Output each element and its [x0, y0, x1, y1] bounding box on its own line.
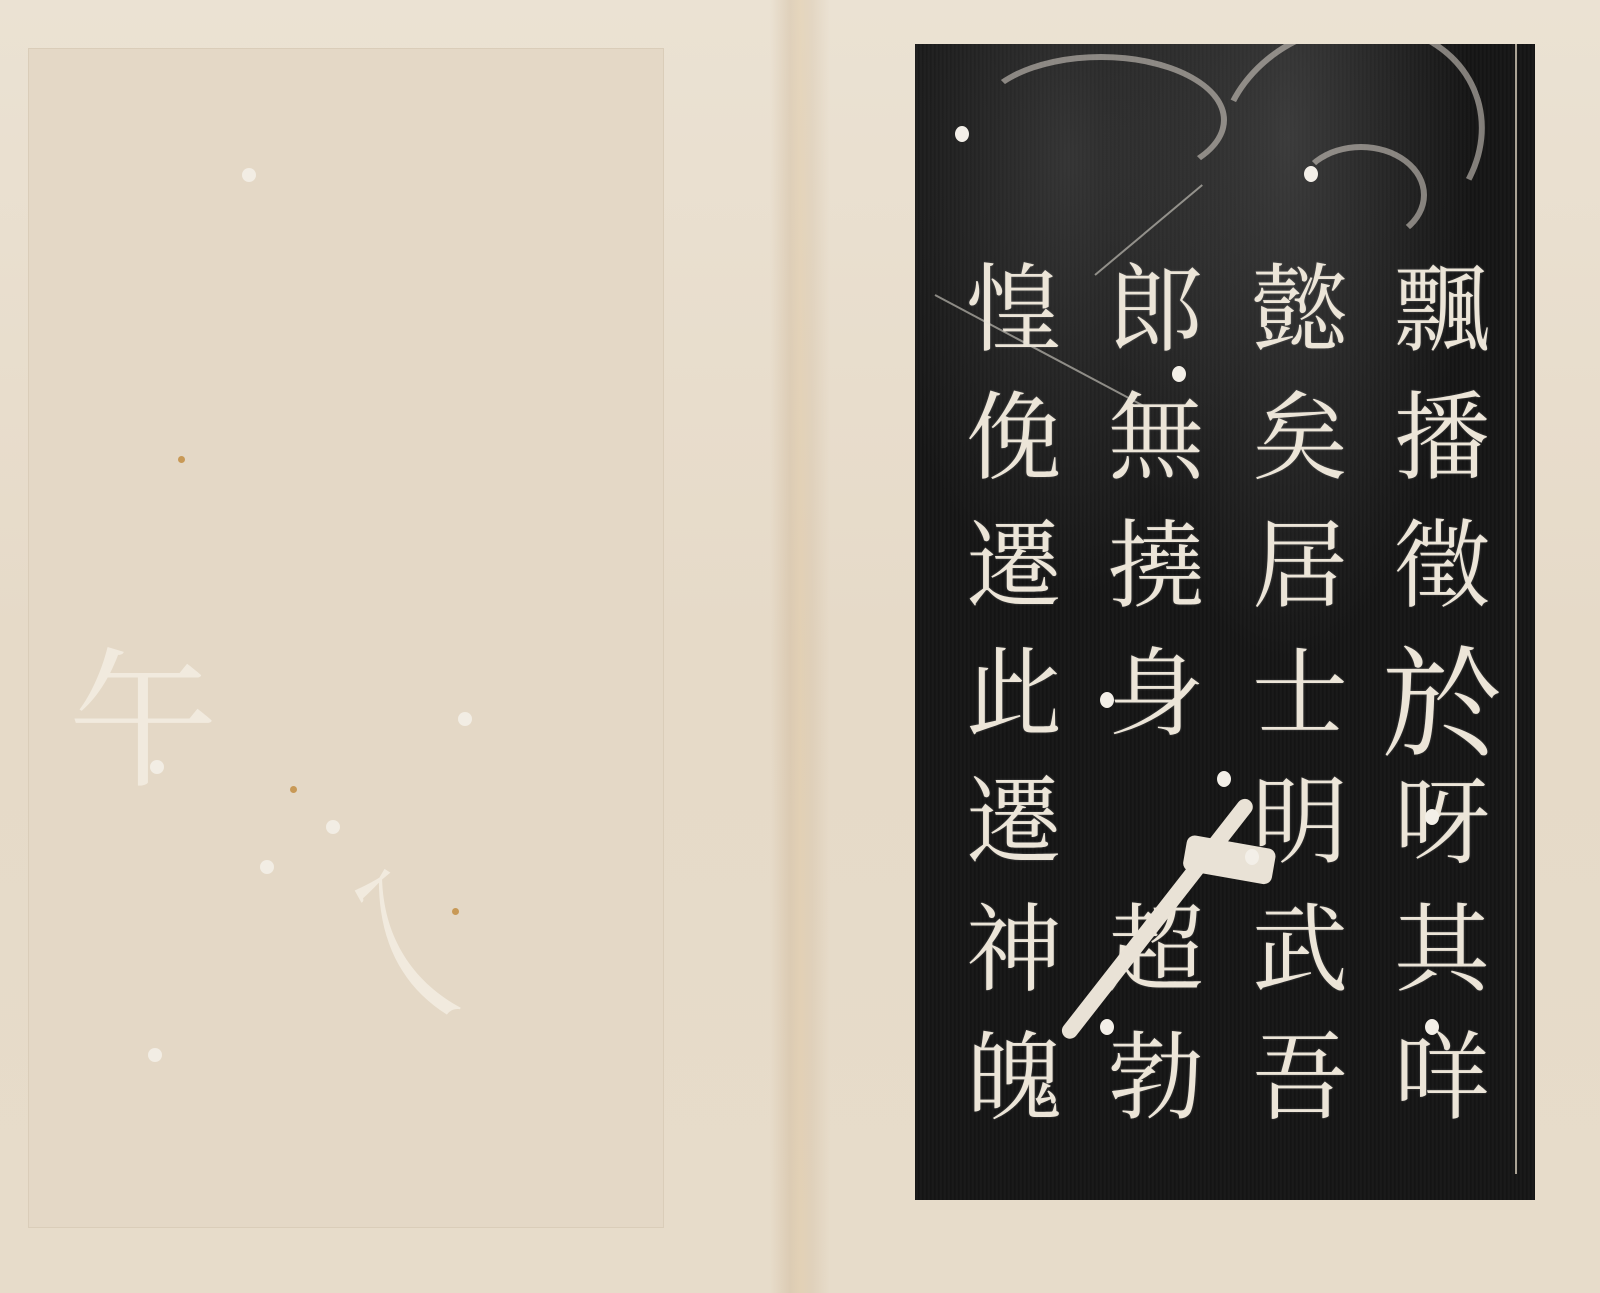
rubbing-hole	[1304, 166, 1318, 182]
character: 身	[1108, 646, 1204, 774]
rubbing-hole	[1425, 809, 1439, 825]
foxing-stain	[290, 786, 297, 793]
cloud-motif	[1295, 144, 1427, 246]
rubbing-hole	[1425, 1019, 1439, 1035]
paper-fleck	[260, 860, 274, 874]
cloud-motif	[975, 54, 1227, 186]
character: 呀	[1394, 774, 1490, 902]
paper-fleck	[326, 820, 340, 834]
rubbing-hole	[1100, 692, 1114, 708]
blank-mount-panel: 午 乀	[28, 48, 664, 1228]
text-column-4: 惶 俛 遷 此 遷 神 魄	[949, 262, 1079, 1158]
text-column-1: 飄 播 徵 於 呀 其 咩	[1377, 262, 1507, 1158]
rubbing-edge	[1515, 44, 1517, 1174]
rubbing-hole	[1245, 849, 1259, 865]
ghost-character: 乀	[316, 856, 490, 1030]
paper-fleck	[458, 712, 472, 726]
stone-rubbing: 飄 播 徵 於 呀 其 咩 懿 矣 居 士 明 武 吾 郎 無 撓	[915, 44, 1535, 1200]
character: 矣	[1252, 390, 1348, 518]
character: 勃	[1108, 1030, 1204, 1158]
foxing-stain	[452, 908, 459, 915]
paper-fleck	[148, 1048, 162, 1062]
character: 其	[1394, 902, 1490, 1030]
character: 武	[1252, 902, 1348, 1030]
rubbing-hole	[1217, 771, 1231, 787]
foxing-stain	[178, 456, 185, 463]
character: 士	[1252, 646, 1348, 774]
character: 居	[1252, 518, 1348, 646]
character: 吾	[1252, 1030, 1348, 1158]
album-spread: 午 乀 飄 播 徵 於 呀 其 咩	[0, 0, 1600, 1293]
character: 徵	[1394, 518, 1490, 646]
rubbing-hole	[1100, 1019, 1114, 1035]
text-column-2: 懿 矣 居 士 明 武 吾	[1235, 262, 1365, 1158]
character: 郎	[1108, 262, 1204, 390]
character: 俛	[966, 390, 1062, 518]
paper-fleck	[242, 168, 256, 182]
character: 神	[966, 902, 1062, 1030]
character: 遷	[966, 518, 1062, 646]
rubbing-hole	[1172, 366, 1186, 382]
character: 懿	[1252, 262, 1348, 390]
character: 於	[1382, 646, 1502, 774]
character: 咩	[1394, 1030, 1490, 1158]
character: 飄	[1394, 262, 1490, 390]
character: 遷	[966, 774, 1062, 902]
character: 撓	[1108, 518, 1204, 646]
character: 惶	[966, 262, 1062, 390]
character: 此	[966, 646, 1062, 774]
character: 魄	[966, 1030, 1062, 1158]
paper-fleck	[150, 760, 164, 774]
character: 無	[1108, 390, 1204, 518]
left-page: 午 乀	[0, 0, 800, 1293]
ghost-character: 午	[68, 648, 218, 798]
right-page: 飄 播 徵 於 呀 其 咩 懿 矣 居 士 明 武 吾 郎 無 撓	[800, 0, 1600, 1293]
character: 播	[1394, 390, 1490, 518]
rubbing-hole	[955, 126, 969, 142]
